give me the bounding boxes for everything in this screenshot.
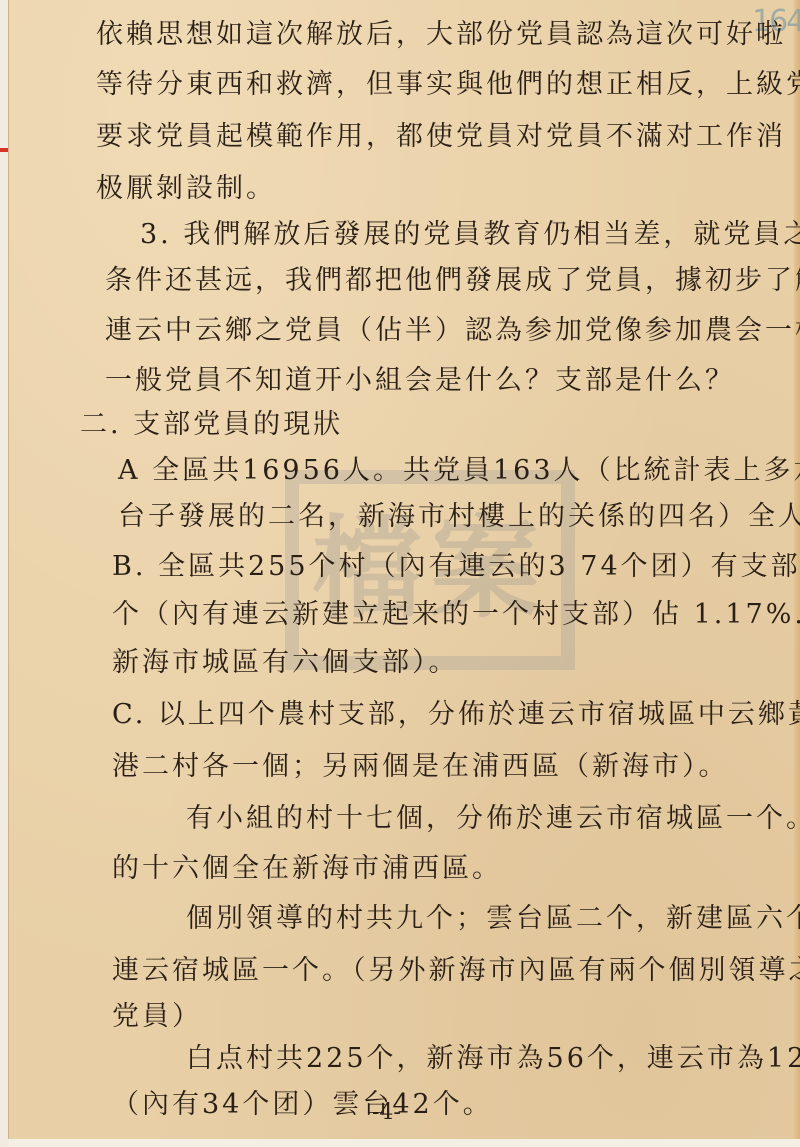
document-page: 164 檔案 依賴思想如這次解放后，大部份党員認為這次可好啦 等待分東西和救濟，… — [0, 0, 800, 1147]
text-line: 党員） — [112, 994, 202, 1033]
text-line: 白点村共225个，新海市為56个，連云市為127 — [186, 1036, 800, 1075]
text-line: B. 全區共255个村（內有連云的3 74个团）有支部的村 4 — [112, 544, 800, 583]
binding-strip — [0, 0, 9, 1147]
text-line: A 全區共16956人。共党員163人（比統計表上多六人係害 — [118, 448, 800, 487]
text-line: 一般党員不知道开小組会是什么？支部是什么？ — [105, 358, 735, 397]
paper-bottom-edge — [8, 1139, 800, 1147]
index-tab-marker — [0, 148, 8, 152]
text-line: 3. 我們解放后發展的党員教育仍相当差，就党員之 — [140, 212, 800, 251]
section-heading: 二. 支部党員的現狀 — [80, 402, 343, 441]
text-line: 台子發展的二名，新海市村樓上的关係的四名）全人口的 .1% 強。 — [118, 494, 800, 533]
text-line: C. 以上四个農村支部，分佈於連云市宿城區中云鄉黃窯東 — [112, 692, 800, 731]
text-line: 个（內有連云新建立起来的一个村支部）佔 1.17%. 強.（另外 — [112, 592, 800, 631]
text-line: 有小組的村十七個，分佈於連云市宿城區一个。余 — [186, 796, 800, 835]
page-number: -4- — [372, 1100, 401, 1125]
text-line: 的十六個全在新海市浦西區。 — [112, 846, 502, 885]
text-line: 等待分東西和救濟，但事实與他們的想正相反，上級党 — [96, 62, 800, 101]
text-line: 個別領導的村共九个；雲台區二个，新建區六个， — [186, 896, 800, 935]
text-line: 条件还甚远，我們都把他們發展成了党員，據初步了解 — [105, 258, 800, 297]
text-line: 連云宿城區一个。（另外新海市內區有兩个個別領導之 — [112, 948, 800, 987]
text-line: 港二村各一個；另兩個是在浦西區（新海市）。 — [112, 744, 729, 783]
text-line: 依賴思想如這次解放后，大部份党員認為這次可好啦 — [96, 12, 786, 51]
text-line: 新海市城區有六個支部）。 — [112, 640, 459, 679]
text-line: 极厭剝設制。 — [96, 166, 276, 205]
text-line: 要求党員起模範作用，都使党員对党員不滿对工作消 — [96, 114, 786, 153]
text-line: （內有34个团）雲台42个。 — [112, 1082, 493, 1121]
text-line: 連云中云鄉之党員（佔半）認為参加党像参加農会一樣， — [105, 308, 800, 347]
